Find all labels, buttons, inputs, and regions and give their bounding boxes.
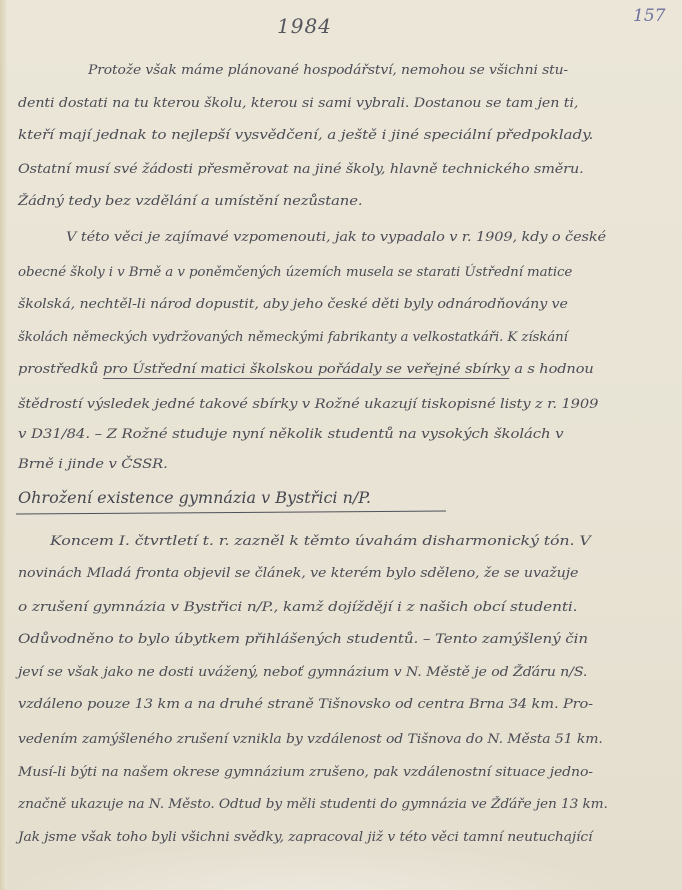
- text-line: vzdáleno pouze 13 km a na druhé straně T…: [18, 697, 593, 712]
- text-line: štědrostí výsledek jedné takové sbírky v…: [18, 397, 598, 412]
- text-line: jeví se však jako ne dosti uvážený, nebo…: [18, 665, 587, 680]
- text-line: novinách Mladá fronta objevil se článek,…: [18, 566, 578, 581]
- text-fragment: a s hodnou: [510, 362, 594, 377]
- text-line: Ostatní musí své žádosti přesměrovat na …: [18, 162, 584, 177]
- binding-edge: [0, 0, 7, 890]
- text-line-underlined: prostředků pro Ústřední matici školskou …: [18, 362, 594, 377]
- year-header: 1984: [277, 14, 332, 38]
- text-line: Brně i jinde v ČSSR.: [18, 457, 168, 472]
- text-line: Odůvodněno to bylo úbytkem přihlášených …: [18, 632, 588, 647]
- heading-underline: [16, 510, 446, 514]
- text-line: Musí-li býti na našem okrese gymnázium z…: [18, 765, 593, 780]
- underlined-phrase: pro Ústřední matici školskou pořádaly se…: [103, 362, 510, 379]
- text-line: Protože však máme plánované hospodářství…: [88, 63, 568, 78]
- text-line: školská, nechtěl-li národ dopustit, aby …: [18, 297, 568, 312]
- chronicle-page: 1984 157 Protože však máme plánované hos…: [0, 0, 682, 890]
- text-line: Koncem I. čtvrtletí t. r. zazněl k těmto…: [50, 534, 591, 549]
- text-line: V této věci je zajímavé vzpomenouti, jak…: [66, 230, 606, 245]
- page-number: 157: [633, 6, 665, 26]
- section-heading: Ohrožení existence gymnázia v Bystřici n…: [18, 488, 371, 507]
- text-line: kteří mají jednak to nejlepší vysvědčení…: [18, 128, 593, 143]
- text-line: školách německých vydržovaných německými…: [18, 330, 568, 345]
- text-line: Žádný tedy bez vzdělání a umístění nezůs…: [18, 194, 362, 209]
- text-line: Jak jsme však toho byli všichni svědky, …: [18, 830, 592, 845]
- text-line: značně ukazuje na N. Město. Odtud by měl…: [18, 797, 608, 812]
- text-fragment: prostředků: [18, 362, 103, 377]
- text-line: denti dostati na tu kterou školu, kterou…: [18, 96, 578, 111]
- text-line: vedením zamýšleného zrušení vznikla by v…: [18, 732, 603, 747]
- text-line: obecné školy i v Brně a v poněmčených úz…: [18, 265, 572, 280]
- text-line: o zrušení gymnázia v Bystřici n/P., kamž…: [18, 600, 577, 615]
- text-line: v D31/84. – Z Rožné studuje nyní několik…: [18, 427, 564, 442]
